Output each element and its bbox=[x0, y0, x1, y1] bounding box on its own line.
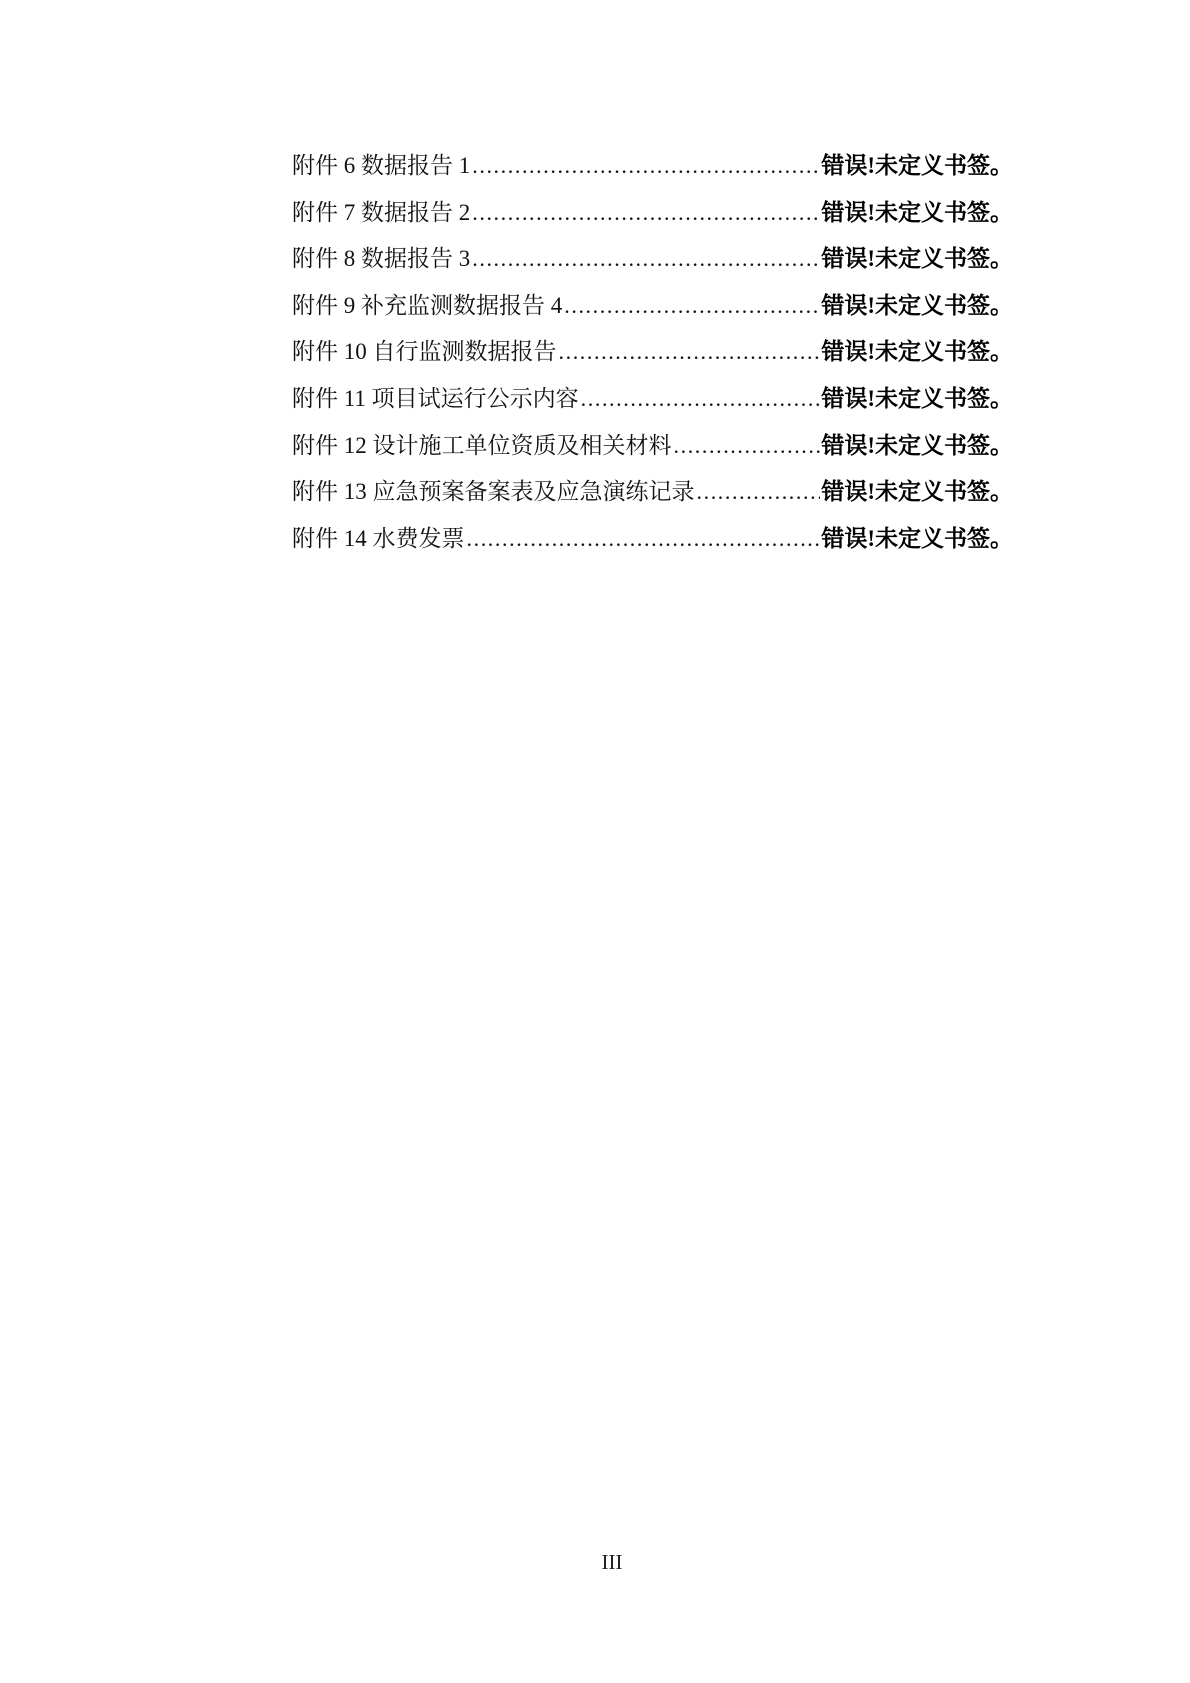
toc-entry[interactable]: 附件 11 项目试运行公示内容 ........................… bbox=[292, 376, 1013, 423]
toc-entry-title: 附件 11 项目试运行公示内容 bbox=[292, 376, 579, 423]
toc-entry-target: 错误!未定义书签。 bbox=[821, 423, 1013, 470]
toc-entry-target: 错误!未定义书签。 bbox=[821, 516, 1013, 563]
dot-leader: ........................................… bbox=[559, 329, 821, 376]
dot-leader: ........................................… bbox=[581, 376, 821, 423]
dot-leader: ........................................… bbox=[472, 143, 820, 190]
dot-leader: ........................................… bbox=[564, 283, 820, 330]
toc-entry-title: 附件 12 设计施工单位资质及相关材料 bbox=[292, 423, 672, 470]
toc-entry[interactable]: 附件 6 数据报告 1 ............................… bbox=[292, 143, 1013, 190]
toc-entry-target: 错误!未定义书签。 bbox=[821, 329, 1013, 376]
toc-entry[interactable]: 附件 8 数据报告 3 ............................… bbox=[292, 236, 1013, 283]
toc-entry-title: 附件 10 自行监测数据报告 bbox=[292, 329, 557, 376]
dot-leader: ........................................… bbox=[472, 236, 820, 283]
toc-entry[interactable]: 附件 14 水费发票 .............................… bbox=[292, 516, 1013, 563]
toc-entry-target: 错误!未定义书签。 bbox=[821, 190, 1013, 237]
toc-entry-target: 错误!未定义书签。 bbox=[821, 469, 1013, 516]
toc-entry-title: 附件 9 补充监测数据报告 4 bbox=[292, 283, 562, 330]
toc-entry-title: 附件 7 数据报告 2 bbox=[292, 190, 470, 237]
dot-leader: ........................................… bbox=[697, 469, 821, 516]
toc-entry-target: 错误!未定义书签。 bbox=[821, 376, 1013, 423]
table-of-contents: 附件 6 数据报告 1 ............................… bbox=[292, 143, 1013, 562]
toc-entry[interactable]: 附件 13 应急预案备案表及应急演练记录 ...................… bbox=[292, 469, 1013, 516]
page-number: III bbox=[602, 1550, 623, 1574]
toc-entry-target: 错误!未定义书签。 bbox=[821, 236, 1013, 283]
page-footer: III bbox=[34, 1549, 1190, 1575]
toc-entry[interactable]: 附件 12 设计施工单位资质及相关材料 ....................… bbox=[292, 423, 1013, 470]
toc-entry-target: 错误!未定义书签。 bbox=[821, 283, 1013, 330]
document-page: 附件 6 数据报告 1 ............................… bbox=[0, 0, 1190, 1683]
toc-entry[interactable]: 附件 7 数据报告 2 ............................… bbox=[292, 190, 1013, 237]
dot-leader: ........................................… bbox=[472, 190, 820, 237]
toc-entry-target: 错误!未定义书签。 bbox=[821, 143, 1013, 190]
toc-entry[interactable]: 附件 9 补充监测数据报告 4 ........................… bbox=[292, 283, 1013, 330]
toc-entry-title: 附件 6 数据报告 1 bbox=[292, 143, 470, 190]
toc-entry-title: 附件 14 水费发票 bbox=[292, 516, 465, 563]
toc-entry[interactable]: 附件 10 自行监测数据报告 .........................… bbox=[292, 329, 1013, 376]
toc-entry-title: 附件 13 应急预案备案表及应急演练记录 bbox=[292, 469, 695, 516]
toc-entry-title: 附件 8 数据报告 3 bbox=[292, 236, 470, 283]
dot-leader: ........................................… bbox=[674, 423, 821, 470]
dot-leader: ........................................… bbox=[467, 516, 821, 563]
